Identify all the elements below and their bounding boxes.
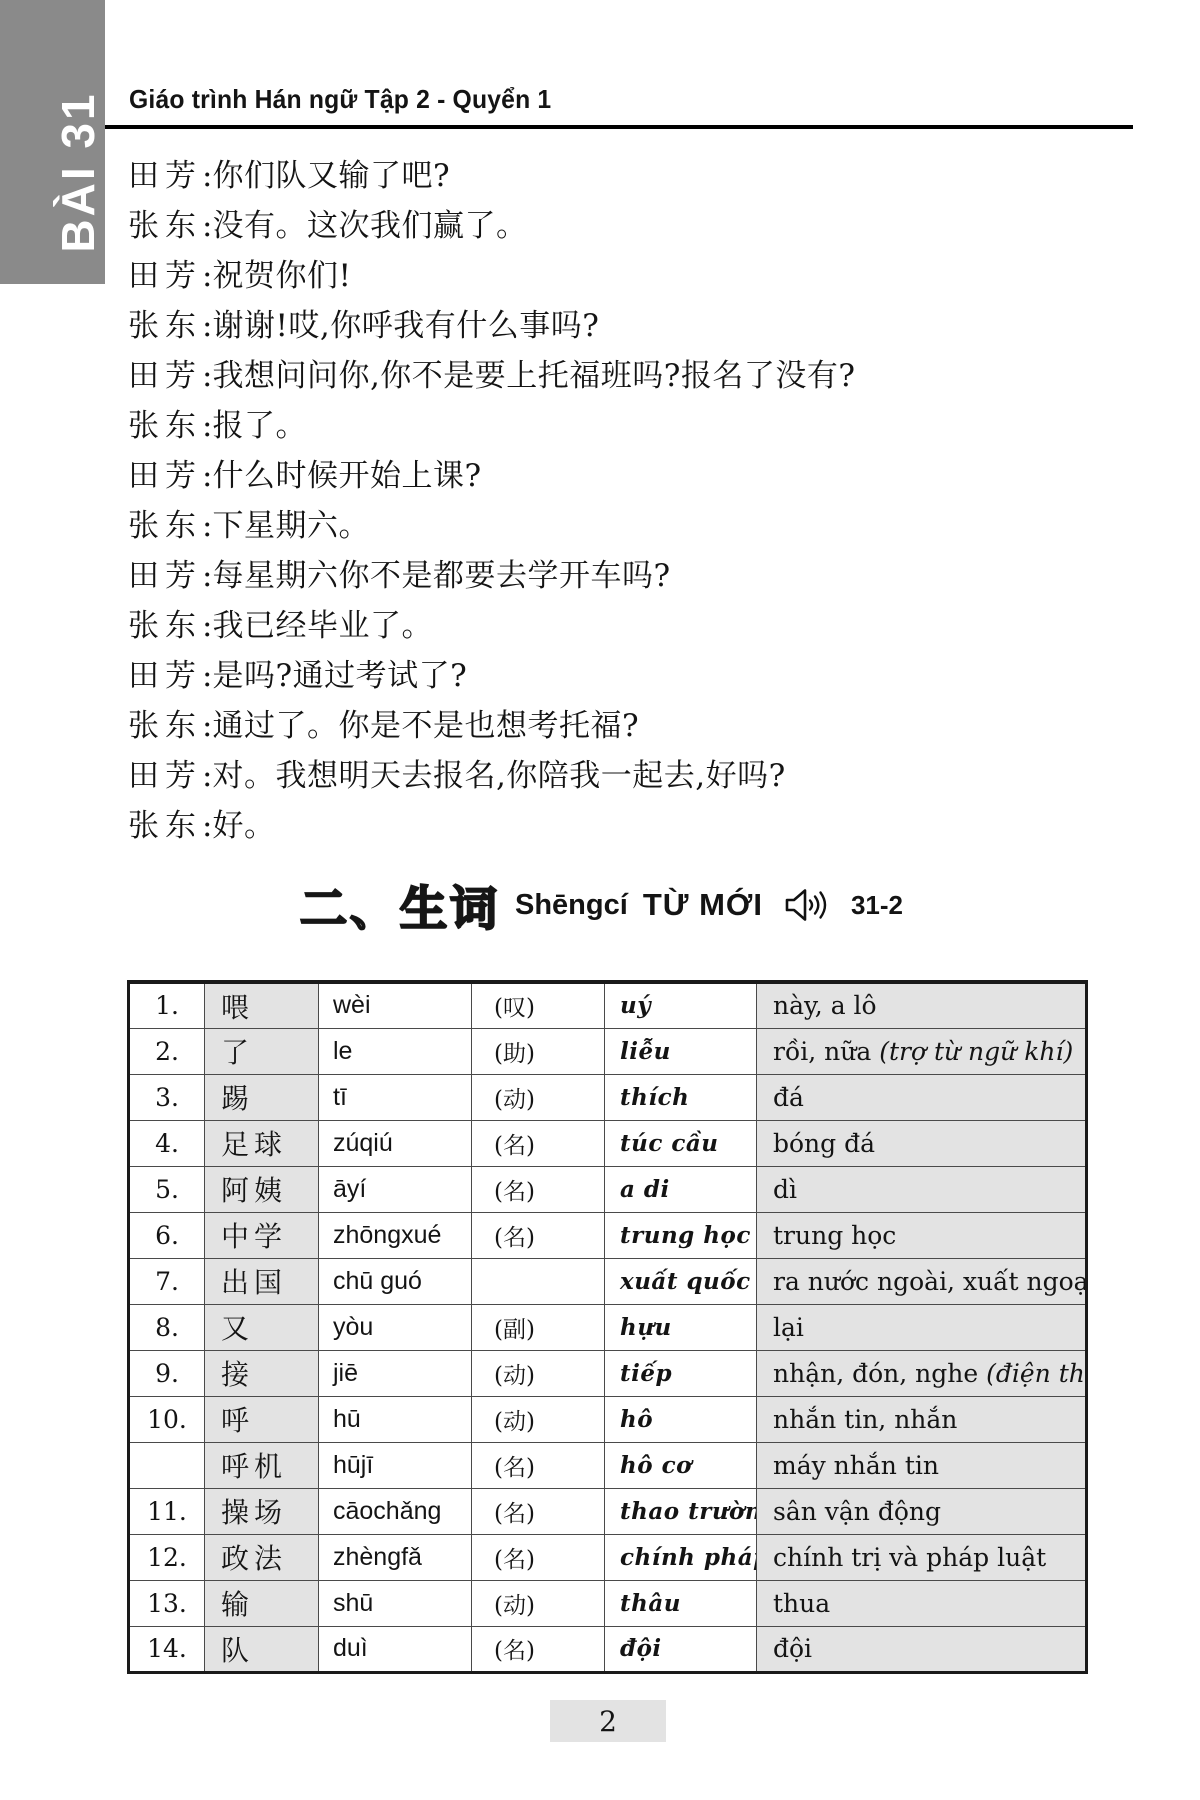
vocab-heading-pinyin: Shēngcí [515, 889, 628, 922]
vocab-row: 10. 呼 hū (动) hô nhắn tin, nhắn [129, 1396, 1087, 1442]
vocab-pinyin-cell: āyí [319, 1166, 472, 1212]
vocab-row: 1. 喂 wèi (叹) uý này, a lô [129, 982, 1087, 1028]
vocab-pinyin-cell: hū [319, 1396, 472, 1442]
dialogue-speaker: 田芳 [128, 550, 202, 595]
dialogue-text: 什么时候开始上课? [212, 450, 481, 495]
vocab-sino-vietnamese-cell: xuất quốc [605, 1258, 757, 1304]
vocab-row: 2. 了 le (助) liễu rồi, nữa (trợ từ ngữ kh… [129, 1028, 1087, 1074]
dialogue-line: 张东:下星期六。 [128, 500, 1138, 550]
dialogue-speaker: 张东 [128, 600, 202, 645]
page-number: 2 [550, 1700, 666, 1742]
dialogue-text: 我想问问你,你不是要上托福班吗?报名了没有? [212, 350, 855, 395]
vocab-part-of-speech-cell: (名) [472, 1120, 605, 1166]
vocab-part-of-speech-cell: (动) [472, 1350, 605, 1396]
vocab-part-of-speech-cell: (副) [472, 1304, 605, 1350]
vocab-row: 6. 中学 zhōngxué (名) trung học trung học [129, 1212, 1087, 1258]
vocab-sino-vietnamese-cell: trung học [605, 1212, 757, 1258]
vocab-sino-vietnamese-cell: hô cơ [605, 1442, 757, 1488]
dialogue-text: 谢谢!哎,你呼我有什么事吗? [212, 300, 599, 345]
vocab-sino-vietnamese-cell: đội [605, 1626, 757, 1672]
vocab-part-of-speech-cell: (动) [472, 1580, 605, 1626]
vocab-meaning-cell: lại [757, 1304, 1087, 1350]
vocab-part-of-speech-cell: (名) [472, 1166, 605, 1212]
dialogue-speaker: 张东 [128, 200, 202, 245]
dialogue-text: 每星期六你不是都要去学开车吗? [212, 550, 670, 595]
book-title: Giáo trình Hán ngữ Tập 2 - Quyển 1 [129, 84, 551, 115]
vocab-pinyin-cell: hūjī [319, 1442, 472, 1488]
dialogue-colon: : [202, 358, 212, 394]
vocab-meaning-cell: dì [757, 1166, 1087, 1212]
vocab-meaning-cell: đội [757, 1626, 1087, 1672]
vocab-meaning-text: này, a lô [773, 991, 877, 1020]
vocab-meaning-text: chính trị và pháp luật [773, 1543, 1046, 1572]
vocab-hanzi-cell: 了 [205, 1028, 319, 1074]
vocab-meaning-note: (trợ từ ngữ khí) [871, 1037, 1073, 1066]
vocab-hanzi-cell: 呼机 [205, 1442, 319, 1488]
vocab-number-cell: 3. [129, 1074, 205, 1120]
dialogue-line: 张东:我已经毕业了。 [128, 600, 1138, 650]
vocab-meaning-cell: máy nhắn tin [757, 1442, 1087, 1488]
vocab-meaning-text: dì [773, 1175, 797, 1204]
dialogue-speaker: 田芳 [128, 650, 202, 695]
vocab-meaning-cell: chính trị và pháp luật [757, 1534, 1087, 1580]
dialogue-colon: : [202, 308, 212, 344]
vocab-meaning-text: ra nước ngoài, xuất ngoại [773, 1267, 1087, 1296]
vocab-meaning-note: (điện thoại) [978, 1359, 1086, 1388]
vocab-number-cell: 6. [129, 1212, 205, 1258]
dialogue-colon: : [202, 458, 212, 494]
dialogue-text: 下星期六。 [212, 500, 370, 545]
dialogue-text: 祝贺你们! [212, 250, 351, 295]
vocab-pinyin-cell: zhèngfǎ [319, 1534, 472, 1580]
dialogue-colon: : [202, 558, 212, 594]
vocab-hanzi-cell: 队 [205, 1626, 319, 1672]
page-number-value: 2 [599, 1705, 617, 1738]
vocab-sino-vietnamese-cell: thao trường [605, 1488, 757, 1534]
vocab-part-of-speech-cell: (动) [472, 1396, 605, 1442]
vocab-meaning-cell: này, a lô [757, 982, 1087, 1028]
vocab-pinyin-cell: zhōngxué [319, 1212, 472, 1258]
dialogue-colon: : [202, 808, 212, 844]
vocab-meaning-text: máy nhắn tin [773, 1451, 939, 1480]
vocab-meaning-cell: đá [757, 1074, 1087, 1120]
dialogue-speaker: 田芳 [128, 250, 202, 295]
dialogue-speaker: 张东 [128, 800, 202, 845]
dialogue-colon: : [202, 658, 212, 694]
vocab-hanzi-cell: 出国 [205, 1258, 319, 1304]
vocab-pinyin-cell: le [319, 1028, 472, 1074]
dialogue-line: 张东:报了。 [128, 400, 1138, 450]
vocab-number-cell: 1. [129, 982, 205, 1028]
dialogue-speaker: 田芳 [128, 150, 202, 195]
vocab-pinyin-cell: jiē [319, 1350, 472, 1396]
vocab-pinyin-cell: chū guó [319, 1258, 472, 1304]
vocab-pinyin-cell: yòu [319, 1304, 472, 1350]
dialogue-line: 张东:好。 [128, 800, 1138, 850]
vocab-number-cell: 9. [129, 1350, 205, 1396]
dialogue-speaker: 张东 [128, 500, 202, 545]
vocab-hanzi-cell: 政法 [205, 1534, 319, 1580]
vocab-pinyin-cell: duì [319, 1626, 472, 1672]
vocab-hanzi-cell: 中学 [205, 1212, 319, 1258]
vocab-sino-vietnamese-cell: hựu [605, 1304, 757, 1350]
vocab-sino-vietnamese-cell: uý [605, 982, 757, 1028]
dialogue-line: 田芳:对。我想明天去报名,你陪我一起去,好吗? [128, 750, 1138, 800]
dialogue-text: 对。我想明天去报名,你陪我一起去,好吗? [212, 750, 785, 795]
vocab-hanzi-cell: 又 [205, 1304, 319, 1350]
vocab-number-cell: 4. [129, 1120, 205, 1166]
vocab-row: 5. 阿姨 āyí (名) a di dì [129, 1166, 1087, 1212]
vocab-pinyin-cell: tī [319, 1074, 472, 1120]
vocab-number-cell: 14. [129, 1626, 205, 1672]
vocab-sino-vietnamese-cell: hô [605, 1396, 757, 1442]
vocab-part-of-speech-cell: (动) [472, 1074, 605, 1120]
dialogue-section: 田芳:你们队又输了吧? 张东:没有。这次我们赢了。 田芳:祝贺你们! 张东:谢谢… [128, 150, 1138, 850]
vocab-part-of-speech-cell: (名) [472, 1442, 605, 1488]
vocab-meaning-cell: ra nước ngoài, xuất ngoại [757, 1258, 1087, 1304]
vocab-row: 7. 出国 chū guó xuất quốc ra nước ngoài, x… [129, 1258, 1087, 1304]
vocab-meaning-cell: nhận, đón, nghe (điện thoại) [757, 1350, 1087, 1396]
vocab-part-of-speech-cell: (名) [472, 1488, 605, 1534]
vocab-meaning-text: trung học [773, 1221, 896, 1250]
dialogue-speaker: 张东 [128, 300, 202, 345]
vocab-meaning-cell: trung học [757, 1212, 1087, 1258]
vocab-pinyin-cell: wèi [319, 982, 472, 1028]
vocab-meaning-text: đội [773, 1634, 812, 1663]
dialogue-text: 我已经毕业了。 [212, 600, 433, 645]
dialogue-line: 田芳:我想问问你,你不是要上托福班吗?报名了没有? [128, 350, 1138, 400]
vocab-number-cell: 2. [129, 1028, 205, 1074]
vocab-meaning-text: rồi, nữa [773, 1037, 871, 1066]
vocab-hanzi-cell: 操场 [205, 1488, 319, 1534]
vocab-hanzi-cell: 踢 [205, 1074, 319, 1120]
vocab-meaning-text: bóng đá [773, 1129, 875, 1158]
vocab-heading-vietnamese: TỪ MỚI [643, 887, 763, 923]
vocab-meaning-text: thua [773, 1589, 830, 1618]
vocab-part-of-speech-cell: (名) [472, 1534, 605, 1580]
vocab-part-of-speech-cell [472, 1258, 605, 1304]
vocab-meaning-text: lại [773, 1313, 804, 1342]
dialogue-colon: : [202, 158, 212, 194]
dialogue-line: 田芳:是吗?通过考试了? [128, 650, 1138, 700]
vocab-row: 12. 政法 zhèngfǎ (名) chính pháp chính trị … [129, 1534, 1087, 1580]
vocab-part-of-speech-cell: (名) [472, 1212, 605, 1258]
vocab-sino-vietnamese-cell: chính pháp [605, 1534, 757, 1580]
vocab-meaning-cell: thua [757, 1580, 1087, 1626]
dialogue-text: 没有。这次我们赢了。 [212, 200, 527, 245]
lesson-tab: BÀI 31 [0, 0, 105, 284]
vocab-pinyin-cell: shū [319, 1580, 472, 1626]
dialogue-line: 张东:通过了。你是不是也想考托福? [128, 700, 1138, 750]
vocab-hanzi-cell: 输 [205, 1580, 319, 1626]
vocab-number-cell: 7. [129, 1258, 205, 1304]
vocab-hanzi-cell: 接 [205, 1350, 319, 1396]
vocab-meaning-cell: bóng đá [757, 1120, 1087, 1166]
vocab-table: 1. 喂 wèi (叹) uý này, a lô 2. 了 le (助) li… [127, 980, 1088, 1674]
vocab-meaning-cell: rồi, nữa (trợ từ ngữ khí) [757, 1028, 1087, 1074]
dialogue-colon: : [202, 758, 212, 794]
dialogue-line: 田芳:什么时候开始上课? [128, 450, 1138, 500]
dialogue-text: 好。 [212, 800, 275, 845]
dialogue-speaker: 田芳 [128, 750, 202, 795]
page-header: Giáo trình Hán ngữ Tập 2 - Quyển 1 [105, 84, 1133, 129]
vocab-number-cell: 13. [129, 1580, 205, 1626]
vocab-meaning-text: đá [773, 1083, 804, 1112]
dialogue-colon: : [202, 208, 212, 244]
dialogue-speaker: 田芳 [128, 450, 202, 495]
vocab-hanzi-cell: 足球 [205, 1120, 319, 1166]
lesson-tab-label: BÀI 31 [51, 91, 105, 252]
dialogue-line: 张东:没有。这次我们赢了。 [128, 200, 1138, 250]
dialogue-text: 通过了。你是不是也想考托福? [212, 700, 639, 745]
dialogue-colon: : [202, 408, 212, 444]
vocab-part-of-speech-cell: (叹) [472, 982, 605, 1028]
vocab-row: 8. 又 yòu (副) hựu lại [129, 1304, 1087, 1350]
dialogue-speaker: 张东 [128, 700, 202, 745]
vocab-sino-vietnamese-cell: a di [605, 1166, 757, 1212]
dialogue-colon: : [202, 258, 212, 294]
dialogue-speaker: 张东 [128, 400, 202, 445]
vocab-number-cell [129, 1442, 205, 1488]
vocab-row: 呼机 hūjī (名) hô cơ máy nhắn tin [129, 1442, 1087, 1488]
vocab-hanzi-cell: 呼 [205, 1396, 319, 1442]
vocab-number-cell: 11. [129, 1488, 205, 1534]
vocab-row: 4. 足球 zúqiú (名) túc cầu bóng đá [129, 1120, 1087, 1166]
vocab-part-of-speech-cell: (名) [472, 1626, 605, 1672]
vocab-pinyin-cell: zúqiú [319, 1120, 472, 1166]
dialogue-line: 张东:谢谢!哎,你呼我有什么事吗? [128, 300, 1138, 350]
dialogue-colon: : [202, 608, 212, 644]
vocab-heading-chinese: 二、生词 [300, 872, 500, 939]
vocab-row: 9. 接 jiē (动) tiếp nhận, đón, nghe (điện … [129, 1350, 1087, 1396]
vocab-hanzi-cell: 喂 [205, 982, 319, 1028]
vocab-row: 13. 输 shū (动) thâu thua [129, 1580, 1087, 1626]
dialogue-line: 田芳:你们队又输了吧? [128, 150, 1138, 200]
vocab-sino-vietnamese-cell: túc cầu [605, 1120, 757, 1166]
vocab-meaning-text: nhắn tin, nhắn [773, 1405, 957, 1434]
vocab-sino-vietnamese-cell: thâu [605, 1580, 757, 1626]
vocab-number-cell: 8. [129, 1304, 205, 1350]
dialogue-text: 是吗?通过考试了? [212, 650, 467, 695]
vocab-meaning-cell: sân vận động [757, 1488, 1087, 1534]
vocab-row: 3. 踢 tī (动) thích đá [129, 1074, 1087, 1120]
vocab-sino-vietnamese-cell: tiếp [605, 1350, 757, 1396]
speaker-icon [784, 887, 836, 923]
vocab-hanzi-cell: 阿姨 [205, 1166, 319, 1212]
vocab-part-of-speech-cell: (助) [472, 1028, 605, 1074]
vocab-section-heading: 二、生词 Shēngcí TỪ MỚI 31-2 [300, 870, 903, 940]
vocab-row: 14. 队 duì (名) đội đội [129, 1626, 1087, 1672]
dialogue-line: 田芳:祝贺你们! [128, 250, 1138, 300]
vocab-meaning-text: nhận, đón, nghe [773, 1359, 978, 1388]
vocab-number-cell: 12. [129, 1534, 205, 1580]
vocab-meaning-cell: nhắn tin, nhắn [757, 1396, 1087, 1442]
vocab-sino-vietnamese-cell: liễu [605, 1028, 757, 1074]
dialogue-speaker: 田芳 [128, 350, 202, 395]
audio-track-label: 31-2 [851, 890, 903, 921]
vocab-meaning-text: sân vận động [773, 1497, 941, 1526]
vocab-number-cell: 5. [129, 1166, 205, 1212]
dialogue-text: 你们队又输了吧? [212, 150, 450, 195]
vocab-row: 11. 操场 cāochǎng (名) thao trường sân vận … [129, 1488, 1087, 1534]
vocab-pinyin-cell: cāochǎng [319, 1488, 472, 1534]
vocab-sino-vietnamese-cell: thích [605, 1074, 757, 1120]
vocab-number-cell: 10. [129, 1396, 205, 1442]
dialogue-line: 田芳:每星期六你不是都要去学开车吗? [128, 550, 1138, 600]
dialogue-colon: : [202, 708, 212, 744]
dialogue-text: 报了。 [212, 400, 307, 445]
dialogue-colon: : [202, 508, 212, 544]
